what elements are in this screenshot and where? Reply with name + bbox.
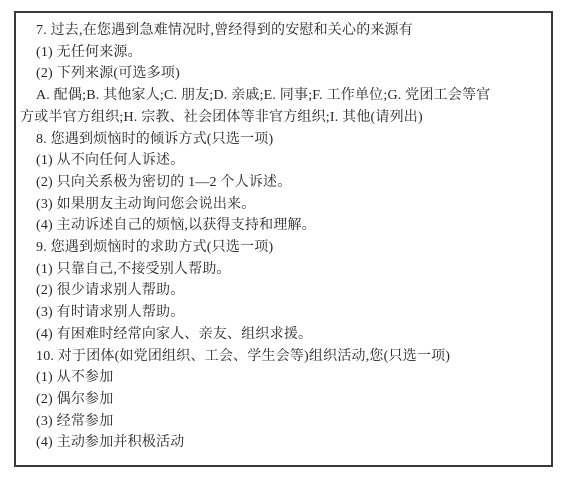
question-7-stem: 7. 过去,在您遇到急难情况时,曾经得到的安慰和关心的来源有 — [20, 20, 547, 42]
question-7-sources-line-2: 方或半官方组织;H. 宗教、社会团体等非官方组织;I. 其他(请列出) — [20, 107, 547, 129]
question-10-option-4: (4) 主动参加并积极活动 — [20, 432, 547, 454]
question-8-stem: 8. 您遇到烦恼时的倾诉方式(只选一项) — [20, 129, 547, 151]
question-9-option-3: (3) 有时请求别人帮助。 — [20, 302, 547, 324]
question-7-option-2: (2) 下列来源(可选多项) — [20, 63, 547, 85]
question-8-option-2: (2) 只向关系极为密切的 1—2 个人诉述。 — [20, 172, 547, 194]
page-border: 7. 过去,在您遇到急难情况时,曾经得到的安慰和关心的来源有 (1) 无任何来源… — [14, 11, 553, 467]
question-10-stem: 10. 对于团体(如党团组织、工会、学生会等)组织活动,您(只选一项) — [20, 346, 547, 368]
question-9-option-2: (2) 很少请求别人帮助。 — [20, 280, 547, 302]
question-7-option-1: (1) 无任何来源。 — [20, 42, 547, 64]
question-10-option-1: (1) 从不参加 — [20, 367, 547, 389]
question-9-option-4: (4) 有困难时经常向家人、亲友、组织求援。 — [20, 324, 547, 346]
question-9-stem: 9. 您遇到烦恼时的求助方式(只选一项) — [20, 237, 547, 259]
question-8-option-3: (3) 如果朋友主动询问您会说出来。 — [20, 194, 547, 216]
question-10-option-2: (2) 偶尔参加 — [20, 389, 547, 411]
question-10-option-3: (3) 经常参加 — [20, 411, 547, 433]
question-8-option-4: (4) 主动诉述自己的烦恼,以获得支持和理解。 — [20, 215, 547, 237]
question-9-option-1: (1) 只靠自己,不接受别人帮助。 — [20, 259, 547, 281]
question-7-sources-line-1: A. 配偶;B. 其他家人;C. 朋友;D. 亲戚;E. 同事;F. 工作单位;… — [20, 85, 547, 107]
document-page: 7. 过去,在您遇到急难情况时,曾经得到的安慰和关心的来源有 (1) 无任何来源… — [0, 0, 581, 484]
question-8-option-1: (1) 从不向任何人诉述。 — [20, 150, 547, 172]
